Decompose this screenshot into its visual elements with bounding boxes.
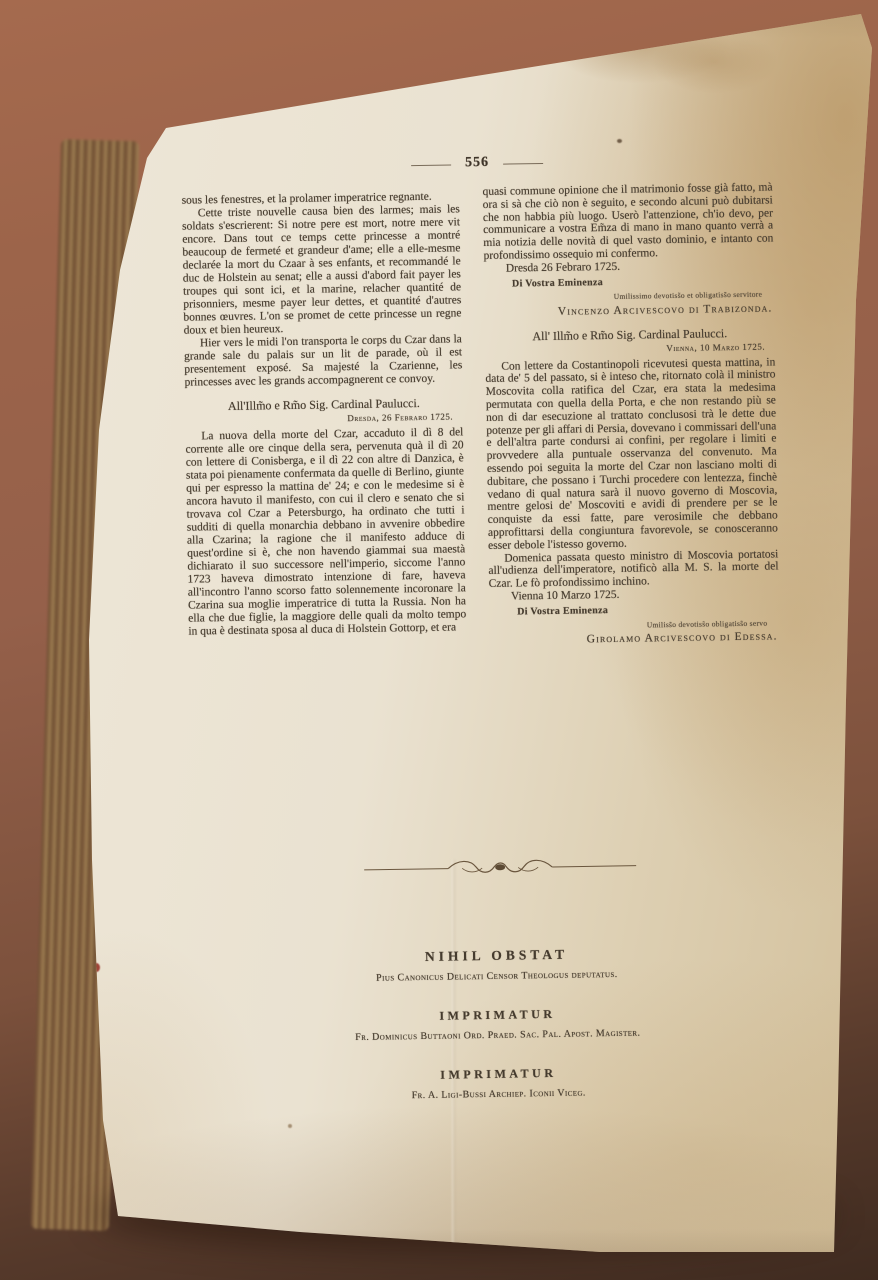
left-paragraph-2: Cette triste nouvelle causa bien des lar… [182,203,462,337]
approbation-block: NIHIL OBSTAT Pius Canonicus Delicati Cen… [246,944,748,1104]
page-number: 556 [465,155,489,171]
imprimatur-2-title: IMPRIMATUR [248,1063,748,1086]
flourish-divider [362,852,638,882]
right-paragraph-2: Domenica passata questo ministro di Mosc… [488,548,779,591]
nihil-obstat-title: NIHIL OBSTAT [246,944,746,968]
right-letter-body: Con lettere da Costantinopoli ricevutesi… [485,356,778,552]
page-number-rule-left [411,164,451,166]
left-paragraph-3: Hier vers le midi l'on transporta le cor… [184,333,463,389]
page-number-row: 556 [357,153,597,173]
book-page-photo: 556 sous les fenestres, et la prolamer i… [0,0,878,1280]
left-letter-body: La nuova della morte del Czar, accaduto … [185,426,466,638]
page-number-rule-right [503,163,543,165]
right-paragraph-top: quasi commune opinione che il matrimonio… [482,181,773,262]
nihil-obstat-line: Pius Canonicus Delicati Censor Theologus… [247,967,747,986]
imprimatur-1-line: Fr. Dominicus Buttaoni Ord. Praed. Sac. … [248,1026,748,1045]
imprimatur-1-title: IMPRIMATUR [247,1004,747,1027]
right-column: quasi commune opinione che il matrimonio… [482,181,779,648]
imprimatur-2-line: Fr. A. Ligi-Bussi Archiep. Iconii Viceg. [249,1085,749,1104]
left-column: sous les fenestres, et la prolamer imper… [182,190,467,638]
